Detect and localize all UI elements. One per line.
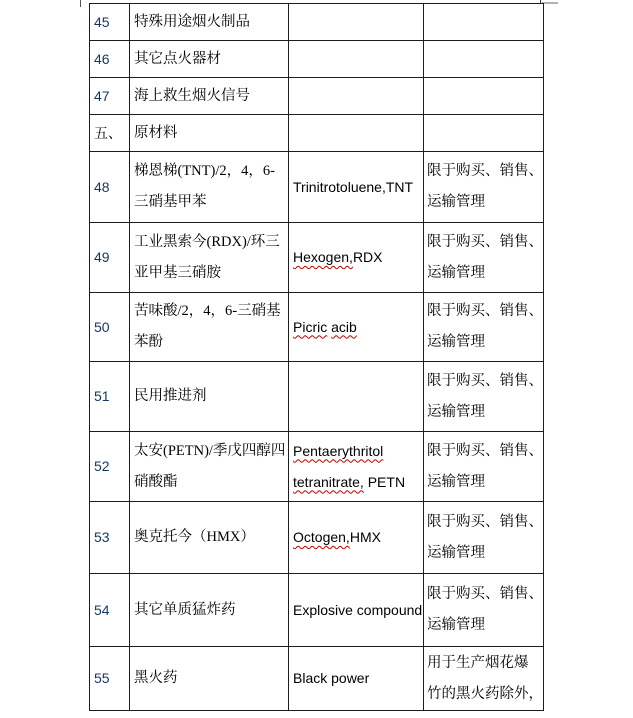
english-name-line: Octogen,HMX — [293, 522, 421, 553]
page-break-table-edge-mark — [80, 0, 81, 7]
note-cell: 限于购买、销售、运输管理 — [424, 293, 544, 362]
note-cell: 用于生产烟花爆竹的黑火药除外， — [424, 647, 544, 711]
chinese-name-line: 硝酸酯 — [134, 467, 286, 498]
table-row: 54其它单质猛炸药Explosive compound限于购买、销售、运输管理 — [90, 574, 544, 647]
english-word: Black power — [293, 670, 369, 686]
chinese-name-line: 海上救生烟火信号 — [134, 81, 286, 112]
misspelled-word: Picric — [293, 319, 327, 335]
chinese-name-line: 原材料 — [134, 118, 286, 149]
row-number: 52 — [94, 451, 127, 482]
note-line: 运输管理 — [427, 397, 541, 428]
chinese-name-line: 三硝基甲苯 — [134, 187, 286, 218]
row-number: 47 — [94, 81, 127, 112]
note-line: 运输管理 — [427, 187, 541, 218]
row-number-cell: 53 — [90, 502, 130, 574]
note-line: 限于购买、销售、 — [427, 227, 541, 258]
english-name-line: Black power — [293, 663, 421, 694]
row-number-cell: 50 — [90, 293, 130, 362]
english-name-cell: Trinitrotoluene,TNT — [289, 152, 424, 223]
english-word: Explosive compound — [293, 602, 422, 618]
row-number-cell: 48 — [90, 152, 130, 223]
note-cell: 限于购买、销售、运输管理 — [424, 502, 544, 574]
chinese-name-line: 亚甲基三硝胺 — [134, 258, 286, 289]
chinese-name-line: 其它点火器材 — [134, 44, 286, 75]
chinese-name-cell: 工业黑索今(RDX)/环三亚甲基三硝胺 — [130, 223, 289, 293]
note-line: 运输管理 — [427, 610, 541, 641]
regulated-items-table: 45特殊用途烟火制品46其它点火器材47海上救生烟火信号五、原材料48梯恩梯(T… — [89, 3, 544, 711]
misspelled-word: Hexogen, — [293, 249, 353, 265]
chinese-name-cell: 奥克托今（HMX） — [130, 502, 289, 574]
row-number-cell: 55 — [90, 647, 130, 711]
row-number-cell: 52 — [90, 432, 130, 502]
english-name-line: Hexogen,RDX — [293, 242, 421, 273]
chinese-name-cell: 其它单质猛炸药 — [130, 574, 289, 647]
english-name-cell: Explosive compound — [289, 574, 424, 647]
english-word: PETN — [364, 474, 405, 490]
english-name-cell — [289, 362, 424, 432]
table-row: 52太安(PETN)/季戊四醇四硝酸酯Pentaerythritoltetran… — [90, 432, 544, 502]
chinese-name-line: 特殊用途烟火制品 — [134, 7, 286, 38]
regulated-items-table-body: 45特殊用途烟火制品46其它点火器材47海上救生烟火信号五、原材料48梯恩梯(T… — [90, 4, 544, 711]
note-cell: 限于购买、销售、运输管理 — [424, 362, 544, 432]
note-line: 限于购买、销售、 — [427, 156, 541, 187]
note-line: 限于购买、销售、 — [427, 296, 541, 327]
chinese-name-line: 民用推进剂 — [134, 381, 286, 412]
chinese-name-line: 太安(PETN)/季戊四醇四 — [134, 436, 286, 467]
english-name-cell — [289, 4, 424, 41]
english-name-cell — [289, 78, 424, 115]
row-number: 49 — [94, 242, 127, 273]
row-number: 54 — [94, 595, 127, 626]
english-name-cell — [289, 115, 424, 152]
row-number: 45 — [94, 7, 127, 38]
english-word: Trinitrotoluene,TNT — [293, 179, 413, 195]
note-cell — [424, 4, 544, 41]
chinese-name-line: 黑火药 — [134, 663, 286, 694]
row-number: 51 — [94, 381, 127, 412]
table-row: 48梯恩梯(TNT)/2，4，6-三硝基甲苯Trinitrotoluene,TN… — [90, 152, 544, 223]
chinese-name-line: 梯恩梯(TNT)/2，4，6- — [134, 156, 286, 187]
english-name-cell: Picric acib — [289, 293, 424, 362]
misspelled-word: acib — [331, 319, 357, 335]
row-number-cell: 46 — [90, 41, 130, 78]
row-number-cell: 47 — [90, 78, 130, 115]
chinese-name-cell: 黑火药 — [130, 647, 289, 711]
row-number-cell: 45 — [90, 4, 130, 41]
misspelled-word: Pentaerythritol — [293, 443, 383, 459]
chinese-name-cell: 特殊用途烟火制品 — [130, 4, 289, 41]
table-row: 46其它点火器材 — [90, 41, 544, 78]
note-line: 限于购买、销售、 — [427, 436, 541, 467]
row-number: 55 — [94, 663, 127, 694]
table-row: 55黑火药Black power用于生产烟花爆竹的黑火药除外， — [90, 647, 544, 711]
chinese-name-cell: 民用推进剂 — [130, 362, 289, 432]
note-line: 运输管理 — [427, 538, 541, 569]
row-number: 53 — [94, 522, 127, 553]
document-page: { "colors": { "number_text": "#17365d", … — [0, 0, 633, 718]
row-number: 五、 — [94, 118, 127, 149]
note-line: 运输管理 — [427, 467, 541, 498]
english-name-line: Explosive compound — [293, 595, 421, 626]
chinese-name-line: 其它单质猛炸药 — [134, 595, 286, 626]
note-cell — [424, 115, 544, 152]
row-number: 50 — [94, 312, 127, 343]
english-name-cell: Octogen,HMX — [289, 502, 424, 574]
misspelled-word: Octogen, — [293, 529, 350, 545]
chinese-name-cell: 太安(PETN)/季戊四醇四硝酸酯 — [130, 432, 289, 502]
chinese-name-line: 苯酚 — [134, 327, 286, 358]
row-number-cell: 51 — [90, 362, 130, 432]
chinese-name-cell: 梯恩梯(TNT)/2，4，6-三硝基甲苯 — [130, 152, 289, 223]
english-name-line: Trinitrotoluene,TNT — [293, 172, 421, 203]
note-line: 限于购买、销售、 — [427, 507, 541, 538]
note-cell: 限于购买、销售、运输管理 — [424, 152, 544, 223]
note-line: 竹的黑火药除外， — [427, 679, 541, 710]
chinese-name-cell: 海上救生烟火信号 — [130, 78, 289, 115]
english-name-line: Picric acib — [293, 312, 421, 343]
note-cell: 限于购买、销售、运输管理 — [424, 574, 544, 647]
note-line: 运输管理 — [427, 327, 541, 358]
note-cell: 限于购买、销售、运输管理 — [424, 432, 544, 502]
table-row: 53奥克托今（HMX）Octogen,HMX限于购买、销售、运输管理 — [90, 502, 544, 574]
chinese-name-cell: 苦味酸/2，4，6-三硝基苯酚 — [130, 293, 289, 362]
table-row: 50苦味酸/2，4，6-三硝基苯酚Picric acib限于购买、销售、运输管理 — [90, 293, 544, 362]
english-name-line: tetranitrate, PETN — [293, 467, 421, 498]
table-row: 五、原材料 — [90, 115, 544, 152]
note-cell — [424, 78, 544, 115]
english-name-line: Pentaerythritol — [293, 436, 421, 467]
table-row: 49工业黑索今(RDX)/环三亚甲基三硝胺Hexogen,RDX限于购买、销售、… — [90, 223, 544, 293]
english-name-cell — [289, 41, 424, 78]
chinese-name-line: 工业黑索今(RDX)/环三 — [134, 227, 286, 258]
note-line: 用于生产烟花爆 — [427, 648, 541, 679]
table-row: 45特殊用途烟火制品 — [90, 4, 544, 41]
table-row: 47海上救生烟火信号 — [90, 78, 544, 115]
chinese-name-line: 苦味酸/2，4，6-三硝基 — [134, 296, 286, 327]
note-line: 限于购买、销售、 — [427, 366, 541, 397]
english-name-cell: Pentaerythritoltetranitrate, PETN — [289, 432, 424, 502]
table-row: 51民用推进剂限于购买、销售、运输管理 — [90, 362, 544, 432]
english-word: RDX — [353, 249, 383, 265]
row-number-cell: 54 — [90, 574, 130, 647]
chinese-name-line: 奥克托今（HMX） — [134, 522, 286, 553]
row-number: 46 — [94, 44, 127, 75]
english-name-cell: Black power — [289, 647, 424, 711]
english-word: HMX — [350, 529, 381, 545]
note-line: 运输管理 — [427, 258, 541, 289]
english-name-cell: Hexogen,RDX — [289, 223, 424, 293]
note-line: 限于购买、销售、 — [427, 579, 541, 610]
note-cell: 限于购买、销售、运输管理 — [424, 223, 544, 293]
row-number-cell: 49 — [90, 223, 130, 293]
misspelled-word: tetranitrate, — [293, 474, 364, 490]
chinese-name-cell: 原材料 — [130, 115, 289, 152]
row-number: 48 — [94, 172, 127, 203]
row-number-cell: 五、 — [90, 115, 130, 152]
note-cell — [424, 41, 544, 78]
chinese-name-cell: 其它点火器材 — [130, 41, 289, 78]
table-resize-handle — [542, 2, 558, 4]
